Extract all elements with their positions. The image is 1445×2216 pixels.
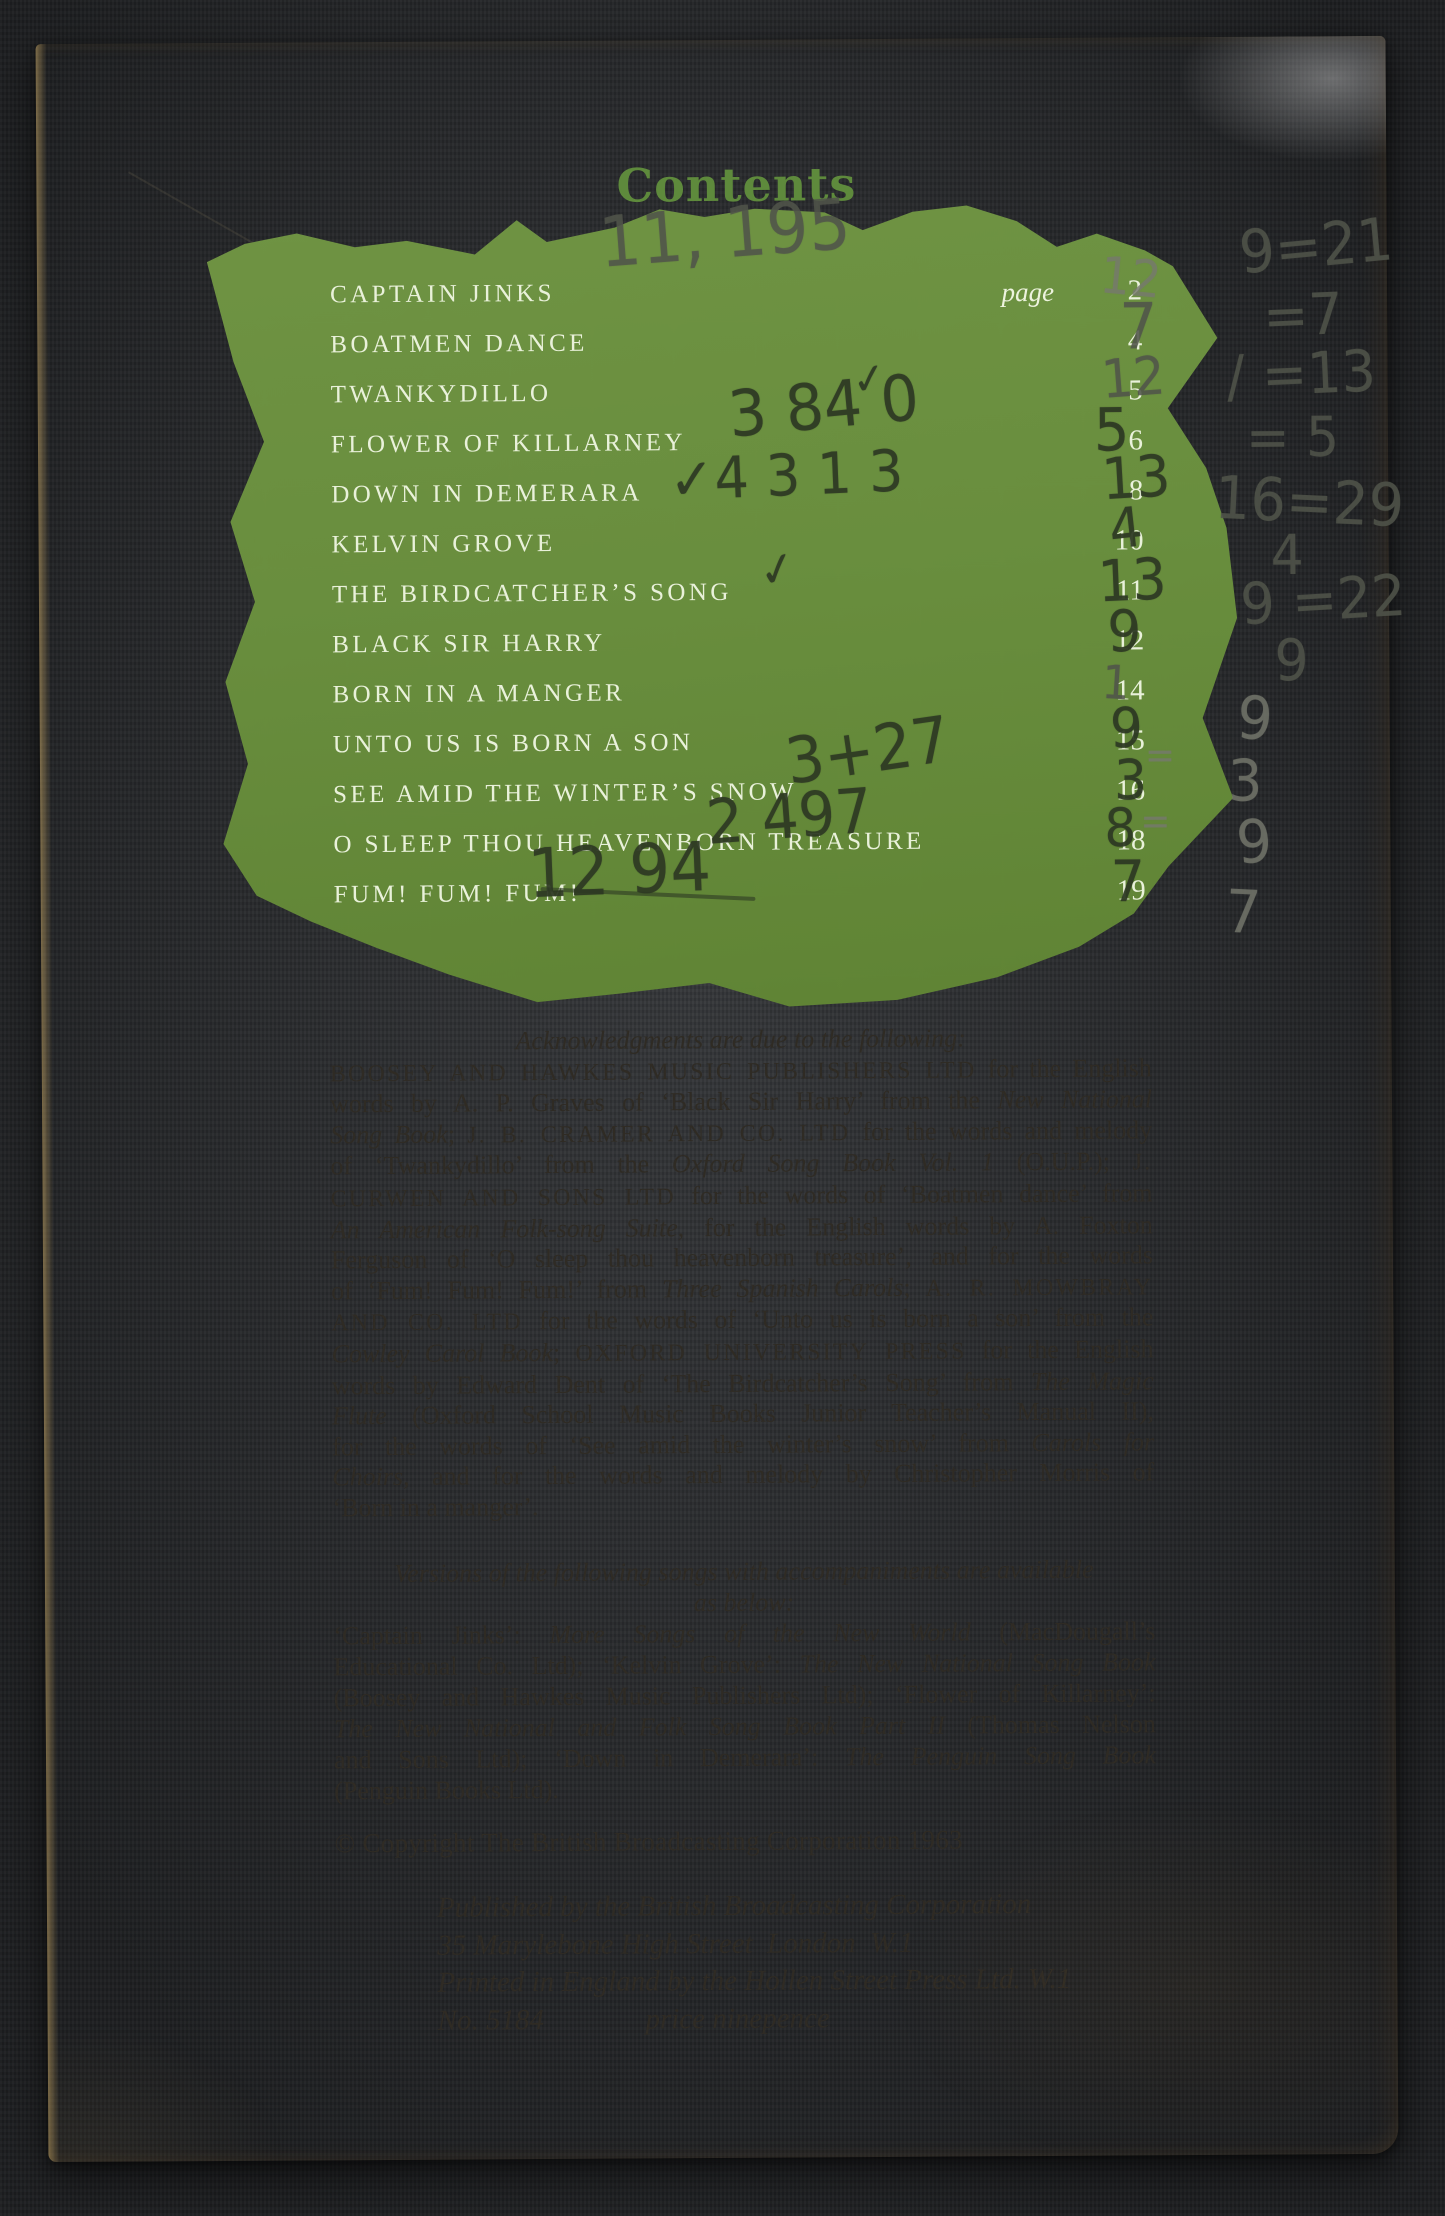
toc-row: FUM! FUM! FUM!19: [334, 870, 1146, 915]
text-line: words by Edward Dent of ‘The Birdcatcher…: [332, 1366, 1154, 1402]
handwritten-number: 9: [1235, 689, 1275, 751]
handwritten-number: ✓4 3 1 3: [668, 443, 904, 510]
text-segment: The Magic: [1031, 1366, 1154, 1396]
toc-row: KELVIN GROVE10: [331, 520, 1143, 565]
text-segment: Educational Co. Ltd); ‘Kelvin Grove’:: [333, 1650, 799, 1682]
toc-row: THE BIRDCATCHER’S SONG11: [332, 570, 1144, 615]
text-segment: words by Edward Dent of ‘The Birdcatcher…: [332, 1367, 1031, 1400]
handwritten-number: 16=29: [1213, 469, 1405, 537]
text-line: of ‘Twankydillo’ from the Oxford Song Bo…: [330, 1147, 1152, 1184]
handwritten-number: 2 497: [704, 779, 874, 853]
versions-block: Versions of the following songs with acc…: [333, 1553, 1156, 1806]
text-segment: Choirs,: [332, 1462, 409, 1491]
text-line: Ferguson of ‘O sleep thou heavenborn tre…: [331, 1240, 1153, 1276]
handwritten-number: 7: [1224, 883, 1262, 944]
text-line: The New National and Folk Song Book Part…: [334, 1708, 1156, 1744]
handwritten-number: 9: [1107, 603, 1142, 660]
text-line: CURWEN AND SONS LTD for the words of ‘Bo…: [331, 1178, 1153, 1215]
toc-row: UNTO US IS BORN A SON15: [333, 720, 1145, 765]
handwritten-number: =: [1140, 803, 1170, 841]
acknowledgments-block: Acknowledgments are due to the following…: [330, 1022, 1155, 1524]
text-line: AND CO. LTD for the words of ‘Unto us is…: [331, 1303, 1153, 1340]
toc-row: BORN IN A MANGER14: [332, 670, 1144, 715]
text-segment: and for the words and melody by Christop…: [410, 1458, 1155, 1492]
handwritten-number: 3: [1228, 753, 1263, 810]
text-segment: of ‘Fum! Fum! Fum!’ from: [331, 1274, 662, 1305]
handwritten-number: 11, 195: [597, 190, 854, 279]
text-segment: ‘Born in a manger’.: [332, 1492, 538, 1522]
handwritten-number: =7: [1262, 285, 1344, 345]
text-segment: BOOSEY AND HAWKES MUSIC PUBLISHERS LTD: [330, 1057, 977, 1087]
text-segment: (Boosey and Hawkes Music Publishers Ltd)…: [334, 1678, 1156, 1712]
handwritten-number: 9: [1234, 812, 1274, 874]
text-segment: (Oxford School Music Books Junior Teache…: [387, 1396, 1154, 1430]
toc-row: BOATMEN DANCE4: [330, 320, 1142, 365]
text-segment: for the words of ‘Boatmen dance’ from: [676, 1178, 1153, 1210]
toc-song-title: DOWN IN DEMERARA: [331, 473, 643, 515]
text-line: Educational Co. Ltd); ‘Kelvin Grove’: Th…: [333, 1646, 1155, 1682]
handwritten-number: 8: [1104, 801, 1136, 854]
text-segment: The Penguin Song Book: [845, 1740, 1156, 1771]
toc-row: BLACK SIR HARRY12: [332, 620, 1144, 665]
toc-song-title: BLACK SIR HARRY: [332, 624, 606, 666]
handwritten-number: 3 84 0: [726, 366, 922, 447]
text-line: words by A. P. Graves of ‘Black Sir Harr…: [330, 1085, 1152, 1121]
text-segment: ;: [448, 1119, 468, 1148]
text-segment: Flute: [332, 1401, 387, 1430]
handwritten-number: 7: [1111, 853, 1146, 910]
text-segment: (Thomas Nelson: [945, 1709, 1156, 1739]
page-column-label: page: [1001, 272, 1054, 312]
text-segment: AND CO. LTD: [331, 1310, 523, 1337]
imprint-line: Printed in England by the Hollen Street …: [437, 1961, 1071, 2002]
text-line: Versions of the following songs with acc…: [333, 1553, 1155, 1589]
text-line: as below:: [333, 1584, 1155, 1620]
text-line: Acknowledgments are due to the following…: [330, 1022, 1152, 1058]
text-line: ‘Born in a manger’.: [332, 1488, 1154, 1524]
text-segment: OXFORD UNIVERSITY PRESS: [575, 1338, 966, 1366]
text-segment: of ‘Twankydillo’ from the: [330, 1150, 672, 1181]
text-segment: (Penguin Books Ltd).: [334, 1775, 559, 1805]
text-line: An American Folk-song Suite, for the Eng…: [331, 1210, 1153, 1246]
toc-song-title: BOATMEN DANCE: [330, 324, 588, 366]
imprint-block: Published by the British Broadcasting Co…: [437, 1886, 1072, 2040]
text-segment: (MacDougall’s: [971, 1616, 1156, 1646]
handwritten-annotations: 11, 195✓3 84 0✓4 3 1 3✓3+272 49712 94127…: [36, 36, 1386, 44]
toc-song-title: BORN IN A MANGER: [332, 674, 625, 716]
toc-song-title: CAPTAIN JINKS: [330, 274, 555, 315]
text-segment: Carols for: [1031, 1427, 1154, 1457]
text-segment: ;: [553, 1338, 576, 1367]
toc-row: CAPTAIN JINKSpage2: [330, 270, 1142, 315]
text-segment: J.: [1133, 1150, 1153, 1176]
text-segment: for the words of ‘See amid the winter’s …: [332, 1428, 1031, 1461]
songbook-back-cover: Contents CAPTAIN JINKSpage2BOATMEN DANCE…: [36, 36, 1399, 2162]
text-line: for the words of ‘See amid the winter’s …: [332, 1427, 1154, 1463]
toc-song-title: THE BIRDCATCHER’S SONG: [332, 573, 732, 615]
text-segment: An American Folk-song Suite: [331, 1213, 678, 1244]
text-segment: New National: [997, 1085, 1152, 1115]
text-segment: Song Book: [330, 1119, 448, 1149]
text-segment: The New National and Folk Song Book Part…: [334, 1711, 945, 1744]
text-segment: for the words of ‘Unto us is born a son’…: [523, 1303, 1154, 1336]
photo-background-fabric: Contents CAPTAIN JINKSpage2BOATMEN DANCE…: [0, 0, 1445, 2216]
text-segment: J. B. CRAMER AND CO. LTD: [467, 1120, 850, 1148]
imprint-line: No. 5184 price ninepence: [438, 1998, 1072, 2039]
text-segment: ;: [903, 1272, 925, 1301]
text-line: of ‘Fum! Fum! Fum!’ from Three Spanish C…: [331, 1271, 1153, 1308]
text-segment: CURWEN AND SONS LTD: [331, 1184, 676, 1212]
text-line: Choirs, and for the words and melody by …: [332, 1458, 1154, 1494]
table-of-contents: CAPTAIN JINKSpage2BOATMEN DANCE4TWANKYDI…: [36, 36, 1386, 44]
toc-song-title: TWANKYDILLO: [331, 374, 552, 415]
text-segment: for the English: [976, 1053, 1152, 1083]
handwritten-number: =: [1145, 737, 1175, 775]
imprint-line: Published by the British Broadcasting Co…: [437, 1886, 1071, 1927]
handwritten-number: 9=21: [1237, 210, 1396, 283]
text-line: (Boosey and Hawkes Music Publishers Ltd)…: [334, 1677, 1156, 1713]
text-segment: Versions of the following songs with acc…: [394, 1555, 1094, 1588]
text-line: ‘Captain Jinks’: More Songs of the New W…: [333, 1615, 1155, 1651]
text-segment: Ferguson of ‘O sleep thou heavenborn tre…: [331, 1240, 1153, 1274]
text-line: and Sons Ltd); ‘Down in Demerara’: The P…: [334, 1739, 1156, 1775]
copyright-line: © Copyright The British Broadcasting Cor…: [334, 1825, 963, 1860]
text-segment: and Sons Ltd); ‘Down in Demerara’:: [334, 1742, 845, 1774]
text-segment: Three Spanish Carols: [662, 1273, 904, 1303]
text-segment: as below:: [694, 1588, 795, 1618]
imprint-line: 35 Marylebone High Street London W.1: [437, 1923, 1071, 1964]
toc-song-title: KELVIN GROVE: [331, 524, 555, 565]
handwritten-number: 9 =22: [1239, 567, 1408, 634]
text-segment: for the English: [966, 1334, 1153, 1364]
text-segment: The New National Song Book: [799, 1647, 1155, 1678]
toc-song-title: FLOWER OF KILLARNEY: [331, 423, 686, 465]
text-line: Flute (Oxford School Music Books Junior …: [332, 1396, 1154, 1432]
text-segment: , for the English words by A. Foxton: [678, 1210, 1153, 1242]
text-line: Song Book; J. B. CRAMER AND CO. LTD for …: [330, 1115, 1152, 1152]
text-segment: words by A. P. Graves of ‘Black Sir Harr…: [330, 1085, 998, 1118]
text-line: Cowley Carol Book; OXFORD UNIVERSITY PRE…: [331, 1334, 1153, 1371]
text-line: (Penguin Books Ltd).: [334, 1770, 1156, 1806]
text-line: BOOSEY AND HAWKES MUSIC PUBLISHERS LTD f…: [330, 1053, 1152, 1090]
text-segment: ‘Captain Jinks’:: [333, 1620, 549, 1650]
text-segment: A. R. MOWBRAY: [925, 1274, 1153, 1301]
handwritten-number: / =13: [1225, 343, 1377, 406]
text-segment: Oxford Song Book Vol. 1: [672, 1148, 994, 1179]
handwritten-number: 9: [1274, 632, 1309, 689]
text-segment: for the words and melody: [850, 1115, 1152, 1146]
text-segment: Cowley Carol Book: [331, 1338, 553, 1368]
toc-song-title: UNTO US IS BORN A SON: [333, 723, 694, 765]
text-segment: (O.U.P.);: [994, 1147, 1133, 1177]
handwritten-number: = 5: [1246, 410, 1340, 466]
text-segment: More Songs of the New World: [549, 1617, 971, 1649]
text-segment: Acknowledgments are due to the following…: [515, 1023, 966, 1055]
